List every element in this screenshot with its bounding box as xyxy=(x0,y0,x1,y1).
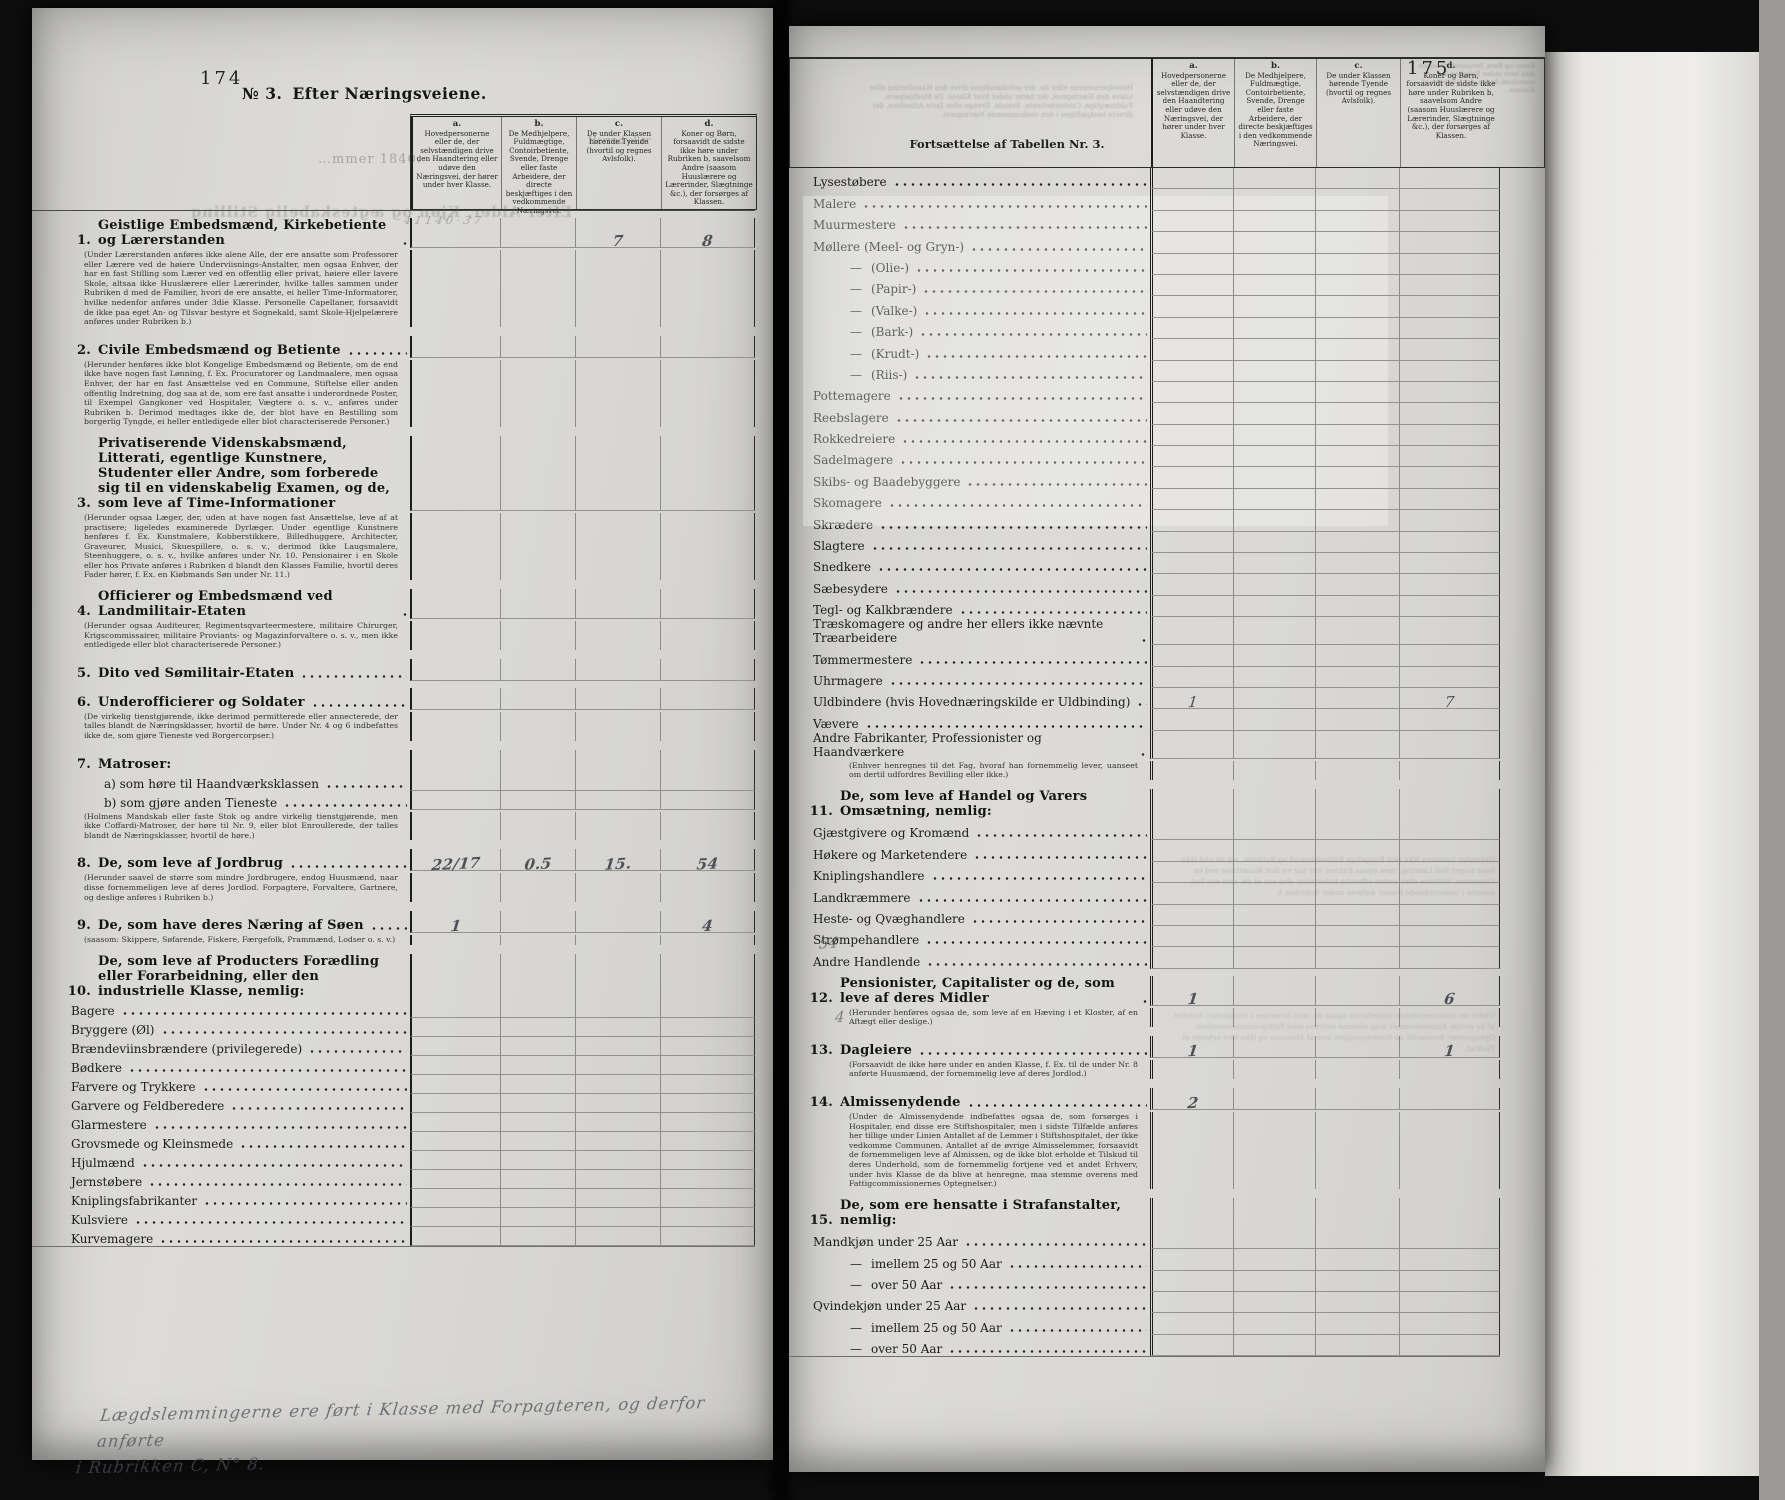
note-text: (Herunder ogsaa Læger, der, uden at have… xyxy=(84,513,398,580)
dotted-leader xyxy=(161,1030,408,1035)
explanatory-note-row: (Herunder saavel de større som mindre Jo… xyxy=(32,873,755,902)
data-cell-d: 4 xyxy=(660,911,755,933)
data-cell-a xyxy=(410,250,500,327)
dotted-leader xyxy=(300,674,407,679)
column-header-d: d. Koner og Børn, forsaavidt de sidste i… xyxy=(661,117,756,209)
data-cell-c xyxy=(1315,761,1399,780)
row-label: Træskomagere og andre her ellers ikke næ… xyxy=(813,617,1134,645)
row-label: Andre Handlende xyxy=(813,955,920,969)
page-number-right: 175 xyxy=(1407,58,1450,79)
data-cell-a xyxy=(1150,361,1233,382)
data-cell-c xyxy=(1315,840,1399,861)
data-cell-d xyxy=(660,873,755,902)
data-cell-a xyxy=(1150,947,1233,968)
data-cell-a xyxy=(1150,862,1233,883)
data-cell-d xyxy=(1399,1060,1500,1079)
data-cell-b xyxy=(1233,189,1315,210)
row-label-cell: —(Riis-) xyxy=(789,361,1150,382)
row-label: (Bark-) xyxy=(871,325,913,339)
data-cell-d xyxy=(1399,211,1500,232)
dotted-leader xyxy=(919,332,1147,337)
data-cell-d xyxy=(1399,574,1500,595)
data-cell-d xyxy=(660,1151,755,1170)
table-row: Pottemagere xyxy=(789,382,1500,403)
data-cell-a xyxy=(410,1132,500,1151)
dotted-leader xyxy=(971,919,1147,924)
explanatory-note-row: (Herunder henføres ogsaa de, som leve af… xyxy=(789,1008,1500,1027)
data-cell-d xyxy=(1399,189,1500,210)
row-label-cell: (Forsaavidt de ikke høre under en anden … xyxy=(789,1060,1150,1079)
table-row: Jernstøbere xyxy=(32,1170,755,1189)
column-text: Hovedpersonerne eller de, der selvstændi… xyxy=(1156,72,1231,141)
dotted-leader xyxy=(370,926,407,931)
data-cell-b xyxy=(1233,840,1315,861)
row-label: Privatiserende Videnskabsmænd, Litterati… xyxy=(98,436,399,511)
row-number: 11. xyxy=(807,804,833,819)
row-label: Landkræmmere xyxy=(813,891,911,905)
data-cell-c xyxy=(575,911,660,933)
row-label-cell: 1.Geistlige Embedsmænd, Kirkebetiente og… xyxy=(32,218,410,248)
data-cell-a xyxy=(1150,1335,1233,1356)
row-number: 4. xyxy=(65,604,91,619)
row-label: Brændeviinsbrændere (privilegerede) xyxy=(71,1042,302,1056)
data-cell-c xyxy=(1315,1198,1399,1228)
row-label-cell: (Holmens Mandskab eller faste Stok og an… xyxy=(32,812,410,841)
note-text: (Under de Almissenydende indbefattes ogs… xyxy=(849,1112,1138,1189)
data-cell-b xyxy=(1233,819,1315,840)
data-cell-a xyxy=(1150,296,1233,317)
data-cell-c xyxy=(575,954,660,999)
note-text: (Forsaavidt de ikke høre under en anden … xyxy=(849,1060,1138,1079)
data-cell-c xyxy=(575,873,660,902)
table-row: Snedkere xyxy=(789,553,1500,574)
dotted-leader xyxy=(1136,702,1147,707)
dotted-leader xyxy=(202,1087,407,1092)
table-row: 10.De, som leve af Producters Forædling … xyxy=(32,954,755,999)
data-cell-d xyxy=(1399,1313,1500,1334)
dotted-leader xyxy=(948,1349,1147,1354)
data-cell-b xyxy=(500,659,575,681)
column-letter: c. xyxy=(580,120,658,129)
row-label-cell: —(Olie-) xyxy=(789,254,1150,275)
data-cell-c xyxy=(1315,1228,1399,1249)
data-cell-c xyxy=(1315,731,1399,759)
data-cell-a xyxy=(410,812,500,841)
data-cell-b xyxy=(1233,211,1315,232)
data-cell-d xyxy=(1399,1112,1500,1189)
row-label: Garvere og Feldberedere xyxy=(71,1099,224,1113)
table-row: —(Papir-) xyxy=(789,275,1500,296)
data-cell-b: 0.5 xyxy=(500,849,575,871)
table-row: 6.Underofficierer og Soldater xyxy=(32,688,755,710)
data-cell-a xyxy=(410,218,500,248)
data-cell-d xyxy=(1399,446,1500,467)
row-number: 12. xyxy=(807,991,833,1006)
dotted-leader xyxy=(134,1220,407,1225)
row-label-cell: b) som gjøre anden Tieneste xyxy=(32,791,410,810)
data-cell-b xyxy=(1233,596,1315,617)
data-cell-d xyxy=(660,954,755,999)
table-row: Brændeviinsbrændere (privilegerede) xyxy=(32,1037,755,1056)
data-cell-a xyxy=(1150,1198,1233,1228)
column-text: De Medhjelpere, Fuldmægtige, Contoirbeti… xyxy=(505,130,573,216)
row-label-cell: —(Papir-) xyxy=(789,275,1150,296)
table-title-text: Efter Næringsveiene. xyxy=(292,84,486,103)
data-cell-d xyxy=(660,1132,755,1151)
data-cell-d xyxy=(1399,168,1500,189)
row-label-cell: 4.Officierer og Embedsmænd ved Landmilit… xyxy=(32,589,410,619)
data-cell-b xyxy=(500,712,575,741)
dotted-leader xyxy=(917,898,1147,903)
dotted-leader xyxy=(230,1106,407,1111)
note-text: (Holmens Mandskab eller faste Stok og an… xyxy=(84,812,398,841)
column-header-a: a. Hovedpersonerne eller de, der selvstæ… xyxy=(1151,59,1234,167)
data-cell-d xyxy=(1399,645,1500,666)
data-cell-b xyxy=(500,1094,575,1113)
data-cell-b xyxy=(1233,688,1315,709)
table-row: 8.De, som leve af Jordbrug22/170.515.54 xyxy=(32,849,755,871)
table-row: Skomagere xyxy=(789,489,1500,510)
data-cell-c xyxy=(1315,361,1399,382)
row-label: Matroser: xyxy=(98,757,171,772)
explanatory-note-row: (Herunder ogsaa Auditeurer, Regimentsqva… xyxy=(32,621,755,650)
row-label-cell: Uldbindere (hvis Hovednæringskilde er Ul… xyxy=(789,688,1150,709)
row-label-cell: Bryggere (Øl) xyxy=(32,1018,410,1037)
dotted-leader xyxy=(1140,638,1147,643)
data-cell-d xyxy=(1399,926,1500,947)
row-number: 1. xyxy=(65,233,91,248)
data-cell-d xyxy=(1399,947,1500,968)
data-cell-a xyxy=(1150,709,1233,730)
table-row: —(Olie-) xyxy=(789,254,1500,275)
data-cell-a xyxy=(410,772,500,791)
dotted-leader xyxy=(970,247,1147,252)
row-label: Strømpehandlere xyxy=(813,933,919,947)
data-cell-b xyxy=(500,1075,575,1094)
row-label-cell: Uhrmagere xyxy=(789,667,1150,688)
data-cell-b xyxy=(1233,574,1315,595)
note-text: (Herunder saavel de større som mindre Jo… xyxy=(84,873,398,902)
row-label: Sadelmagere xyxy=(813,453,893,467)
data-cell-c xyxy=(1315,532,1399,553)
row-label: Lysestøbere xyxy=(813,175,887,189)
row-number: 14. xyxy=(807,1095,833,1110)
data-cell-d xyxy=(660,621,755,650)
row-label-cell: Muurmestere xyxy=(789,211,1150,232)
explanatory-note-row: (Holmens Mandskab eller faste Stok og an… xyxy=(32,812,755,841)
data-cell-a xyxy=(1150,189,1233,210)
data-cell-a xyxy=(410,712,500,741)
data-cell-b xyxy=(500,1113,575,1132)
dotted-leader xyxy=(894,589,1147,594)
data-cell-b xyxy=(1233,645,1315,666)
data-cell-b xyxy=(1233,510,1315,531)
data-cell-b xyxy=(1233,761,1315,780)
dotted-leader xyxy=(901,439,1147,444)
table-row: —over 50 Aar xyxy=(789,1271,1500,1292)
data-cell-a xyxy=(1150,553,1233,574)
data-cell-d xyxy=(660,1018,755,1037)
dotted-leader xyxy=(311,703,407,708)
dotted-leader xyxy=(159,1239,407,1244)
table-row: Andre Fabrikanter, Professionister og Ha… xyxy=(789,731,1500,759)
data-cell-d xyxy=(1399,596,1500,617)
column-header-b: b. De Medhjelpere, Fuldmægtige, Contoirb… xyxy=(1234,59,1316,167)
data-cell-a xyxy=(1150,1249,1233,1270)
data-cell-a xyxy=(1150,596,1233,617)
data-cell-d xyxy=(660,1227,755,1246)
handwritten-value: 7 xyxy=(575,230,661,252)
data-cell-c xyxy=(1315,553,1399,574)
dotted-leader xyxy=(888,503,1147,508)
dotted-leader xyxy=(967,1103,1147,1108)
table-row: Kurvemagere xyxy=(32,1227,755,1246)
dotted-leader xyxy=(948,1285,1147,1290)
dotted-leader xyxy=(871,546,1147,551)
data-cell-c xyxy=(575,621,660,650)
column-header-group: a. Hovedpersonerne eller de, der selvstæ… xyxy=(410,114,757,210)
row-label-cell: Snedkere xyxy=(789,553,1150,574)
header-label-zone xyxy=(32,114,410,210)
data-cell-c xyxy=(575,436,660,511)
row-label-cell: Landkræmmere xyxy=(789,883,1150,904)
table-row: 9.De, som have deres Næring af Søen14 xyxy=(32,911,755,933)
data-cell-b xyxy=(500,999,575,1018)
data-cell-d xyxy=(1399,403,1500,424)
data-cell-b xyxy=(1233,1112,1315,1189)
handwritten-value: 0.5 xyxy=(500,853,576,875)
data-cell-c xyxy=(575,1075,660,1094)
row-label-cell: —over 50 Aar xyxy=(789,1271,1150,1292)
data-cell-b xyxy=(1233,446,1315,467)
table-title: № 3.Efter Næringsveiene. xyxy=(242,84,487,103)
row-label: Heste- og Qvæghandlere xyxy=(813,912,965,926)
data-cell-c xyxy=(575,1189,660,1208)
row-label-cell: Skrædere xyxy=(789,510,1150,531)
data-cell-a xyxy=(1150,926,1233,947)
table-row: —imellem 25 og 50 Aar xyxy=(789,1313,1500,1334)
data-cell-c: 7 xyxy=(575,218,660,248)
data-cell-b xyxy=(1233,403,1315,424)
data-cell-b xyxy=(500,218,575,248)
page-number-left: 174 xyxy=(200,68,243,89)
data-cell-d xyxy=(660,999,755,1018)
row-label: Gjæstgivere og Kromænd xyxy=(813,826,969,840)
row-number: 3. xyxy=(65,496,91,511)
row-label: Muurmestere xyxy=(813,218,896,232)
row-number: 9. xyxy=(65,918,91,933)
column-text: De under Klassen hørende Tyende (hvortil… xyxy=(1320,72,1397,106)
data-cell-a xyxy=(1150,789,1233,819)
row-label-cell: Grovsmede og Kleinsmede xyxy=(32,1132,410,1151)
data-cell-c xyxy=(575,1132,660,1151)
explanatory-note-row: (Herunder ogsaa Læger, der, uden at have… xyxy=(32,513,755,580)
data-cell-d xyxy=(1399,731,1500,759)
row-label-cell: Høkere og Marketendere xyxy=(789,840,1150,861)
data-cell-b xyxy=(1233,976,1315,1006)
data-cell-c xyxy=(575,1151,660,1170)
row-label: Vævere xyxy=(813,717,859,731)
ditto-dash: — xyxy=(841,1257,871,1271)
data-cell-b xyxy=(1233,1335,1315,1356)
table-row: —over 50 Aar xyxy=(789,1335,1500,1356)
data-cell-b xyxy=(1233,1228,1315,1249)
row-label: Mandkjøn under 25 Aar xyxy=(813,1235,958,1249)
dotted-leader xyxy=(918,660,1147,665)
row-label-cell: (Herunder henføres ogsaa de, som leve af… xyxy=(789,1008,1150,1027)
dotted-leader xyxy=(972,1306,1147,1311)
data-cell-a xyxy=(410,1075,500,1094)
table-row: Slagtere xyxy=(789,532,1500,553)
row-label: Grovsmede og Kleinsmede xyxy=(71,1137,233,1151)
data-cell-d xyxy=(660,336,755,358)
data-cell-a xyxy=(1150,489,1233,510)
data-cell-c xyxy=(1315,275,1399,296)
data-cell-d xyxy=(660,812,755,841)
row-label-cell: (Under de Almissenydende indbefattes ogs… xyxy=(789,1112,1150,1189)
data-cell-b xyxy=(1233,1292,1315,1313)
data-cell-b xyxy=(1233,489,1315,510)
row-label: Dagleiere xyxy=(840,1043,912,1058)
row-label-cell: —(Krudt-) xyxy=(789,339,1150,360)
data-cell-a: 1 xyxy=(1150,688,1233,709)
data-cell-d xyxy=(1399,510,1500,531)
data-cell-c xyxy=(1315,709,1399,730)
row-label-cell: a) som høre til Haandværksklassen xyxy=(32,772,410,791)
row-label-cell: (Herunder ogsaa Læger, der, uden at have… xyxy=(32,513,410,580)
data-cell-a xyxy=(410,999,500,1018)
data-cell-d xyxy=(1399,382,1500,403)
row-number: 5. xyxy=(65,666,91,681)
table-row: Hjulmænd xyxy=(32,1151,755,1170)
data-cell-b xyxy=(1233,1060,1315,1079)
data-cell-d: 1 xyxy=(1399,1036,1500,1058)
column-text: Hovedpersonerne eller de, der selvstændi… xyxy=(416,130,498,190)
column-header-c: c. De under Klassen hørende Tyende (hvor… xyxy=(1316,59,1400,167)
data-cell-a xyxy=(1150,840,1233,861)
data-cell-d xyxy=(660,659,755,681)
table-row: Garvere og Feldberedere xyxy=(32,1094,755,1113)
data-cell-c xyxy=(1315,318,1399,339)
data-cell-d xyxy=(1399,819,1500,840)
table-row: b) som gjøre anden Tieneste xyxy=(32,791,755,810)
data-cell-b xyxy=(1233,532,1315,553)
data-cell-b xyxy=(500,1151,575,1170)
data-cell-a xyxy=(1150,446,1233,467)
row-label-cell: Kulsviere xyxy=(32,1208,410,1227)
data-cell-c xyxy=(1315,789,1399,819)
handwritten-value: 15. xyxy=(575,853,661,875)
data-cell-a xyxy=(1150,318,1233,339)
data-cell-a xyxy=(1150,819,1233,840)
ditto-dash: — xyxy=(841,368,871,382)
table-row: Qvindekjøn under 25 Aar xyxy=(789,1292,1500,1313)
table-row: Gjæstgivere og Kromænd xyxy=(789,819,1500,840)
data-cell-a xyxy=(410,1113,500,1132)
data-cell-a xyxy=(1150,905,1233,926)
data-cell-b xyxy=(1233,617,1315,645)
explanatory-note-row: (De virkelig tienstgjørende, ikke derimo… xyxy=(32,712,755,741)
data-cell-b xyxy=(500,336,575,358)
dotted-leader xyxy=(405,504,407,509)
explanatory-note-row: (Forsaavidt de ikke høre under en anden … xyxy=(789,1060,1500,1079)
row-label-cell: 3.Privatiserende Videnskabsmænd, Littera… xyxy=(32,436,410,511)
table-row: Rokkedreiere xyxy=(789,425,1500,446)
data-cell-c xyxy=(1315,883,1399,904)
data-cell-b xyxy=(500,750,575,772)
row-label: Dito ved Sømilitair-Etaten xyxy=(98,666,294,681)
data-cell-d xyxy=(1399,905,1500,926)
data-cell-d xyxy=(1399,1088,1500,1110)
data-cell-a xyxy=(410,1151,500,1170)
dotted-leader xyxy=(1008,1264,1147,1269)
row-label: (Papir-) xyxy=(871,282,916,296)
data-cell-c xyxy=(1315,596,1399,617)
data-cell-c xyxy=(575,1018,660,1037)
data-cell-d: 7 xyxy=(1399,688,1500,709)
data-cell-a: 1 xyxy=(410,911,500,933)
row-label-cell: Reebslagere xyxy=(789,403,1150,424)
data-cell-d xyxy=(1399,761,1500,780)
data-cell-b xyxy=(500,621,575,650)
table-row: —(Bark-) xyxy=(789,318,1500,339)
row-label: De, som leve af Jordbrug xyxy=(98,856,283,871)
row-label: imellem 25 og 50 Aar xyxy=(871,1257,1002,1271)
dotted-leader xyxy=(153,1125,407,1130)
data-cell-c xyxy=(1315,1008,1399,1027)
data-cell-b xyxy=(1233,275,1315,296)
column-letter: a. xyxy=(416,120,498,129)
data-cell-a xyxy=(1150,645,1233,666)
row-label: Høkere og Marketendere xyxy=(813,848,967,862)
table-row: 14.Almissenydende2 xyxy=(789,1088,1500,1110)
data-cell-b xyxy=(1233,1088,1315,1110)
data-cell-d xyxy=(1399,553,1500,574)
row-label-cell: Slagtere xyxy=(789,532,1150,553)
ditto-dash: — xyxy=(841,347,871,361)
data-cell-a xyxy=(1150,168,1233,189)
dotted-leader xyxy=(922,289,1147,294)
data-cell-d xyxy=(1399,489,1500,510)
data-cell-b xyxy=(500,360,575,427)
data-cell-c xyxy=(1315,1112,1399,1189)
data-cell-c xyxy=(1315,425,1399,446)
data-cell-a xyxy=(410,688,500,710)
data-cell-b xyxy=(500,812,575,841)
data-cell-d xyxy=(660,1056,755,1075)
row-label: Malere xyxy=(813,197,856,211)
dotted-leader xyxy=(128,1068,407,1073)
data-cell-c xyxy=(575,659,660,681)
data-cell-d xyxy=(660,750,755,772)
row-label-cell: Sadelmagere xyxy=(789,446,1150,467)
data-cell-d xyxy=(1399,709,1500,730)
row-label-cell: Kniplingshandlere xyxy=(789,862,1150,883)
data-cell-a: 2 xyxy=(1150,1088,1233,1110)
dotted-leader xyxy=(308,1049,407,1054)
row-label-cell: Gjæstgivere og Kromænd xyxy=(789,819,1150,840)
data-cell-a xyxy=(1150,254,1233,275)
data-cell-a xyxy=(1150,403,1233,424)
data-cell-c xyxy=(1315,819,1399,840)
column-text: De under Klassen hørende Tyende (hvortil… xyxy=(580,130,658,164)
data-cell-c xyxy=(1315,1335,1399,1356)
row-label: over 50 Aar xyxy=(871,1278,942,1292)
data-cell-a xyxy=(1150,510,1233,531)
row-label-cell: (Enhver henregnes til det Fag, hvoraf ha… xyxy=(789,761,1150,780)
data-cell-b xyxy=(1233,232,1315,253)
row-label-cell: —over 50 Aar xyxy=(789,1335,1150,1356)
